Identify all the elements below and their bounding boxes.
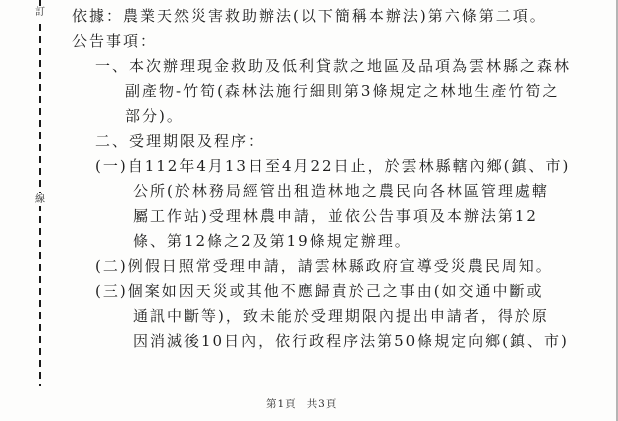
doc-line-item2-sub3-cont2: 因消滅後10日內，依行政程序法第50條規定向鄉(鎮、市) xyxy=(133,329,612,354)
doc-line-item2-sub1-cont: 公所(於林務局經管出租造林地之農民向各林區管理處轄 xyxy=(133,179,612,204)
doc-line-item2-sub3-cont: 通訊中斷等)，致未能於受理期限內提出申請者，得於原 xyxy=(133,304,612,329)
doc-line-announcement-head: 公告事項： xyxy=(72,29,612,54)
doc-line-basis: 依據：農業天然災害救助辦法(以下簡稱本辦法)第六條第二項。 xyxy=(72,4,612,29)
total-pages: 共3頁 xyxy=(307,398,338,410)
document-body: 依據：農業天然災害救助辦法(以下簡稱本辦法)第六條第二項。 公告事項： 一、本次… xyxy=(0,4,612,354)
page-footer: 第1頁共3頁 xyxy=(266,396,337,411)
doc-line-item2: 二、受理期限及程序： xyxy=(95,129,612,154)
doc-line-item1-cont2: 部分)。 xyxy=(125,104,612,129)
page-number: 第1頁 xyxy=(266,398,297,410)
doc-line-item1: 一、本次辦理現金救助及低利貸款之地區及品項為雲林縣之森林 xyxy=(95,54,612,79)
doc-line-item1-cont: 副產物-竹筍(森林法施行細則第3條規定之林地生產竹筍之 xyxy=(125,79,612,104)
doc-line-item2-sub1-cont2: 屬工作站)受理林農申請，並依公告事項及本辦法第12 xyxy=(133,204,612,229)
doc-line-item2-sub1-cont3: 條、第12條之2及第19條規定辦理。 xyxy=(133,229,612,254)
doc-line-item2-sub2: (二)例假日照常受理申請，請雲林縣政府宣導受災農民周知。 xyxy=(95,254,612,279)
document-page: 訂 線 依據：農業天然災害救助辦法(以下簡稱本辦法)第六條第二項。 公告事項： … xyxy=(0,0,618,421)
doc-line-item2-sub1: (一)自112年4月13日至4月22日止，於雲林縣轄內鄉(鎮、市) xyxy=(95,154,612,179)
doc-line-item2-sub3: (三)個案如因天災或其他不應歸責於己之事由(如交通中斷或 xyxy=(95,279,612,304)
